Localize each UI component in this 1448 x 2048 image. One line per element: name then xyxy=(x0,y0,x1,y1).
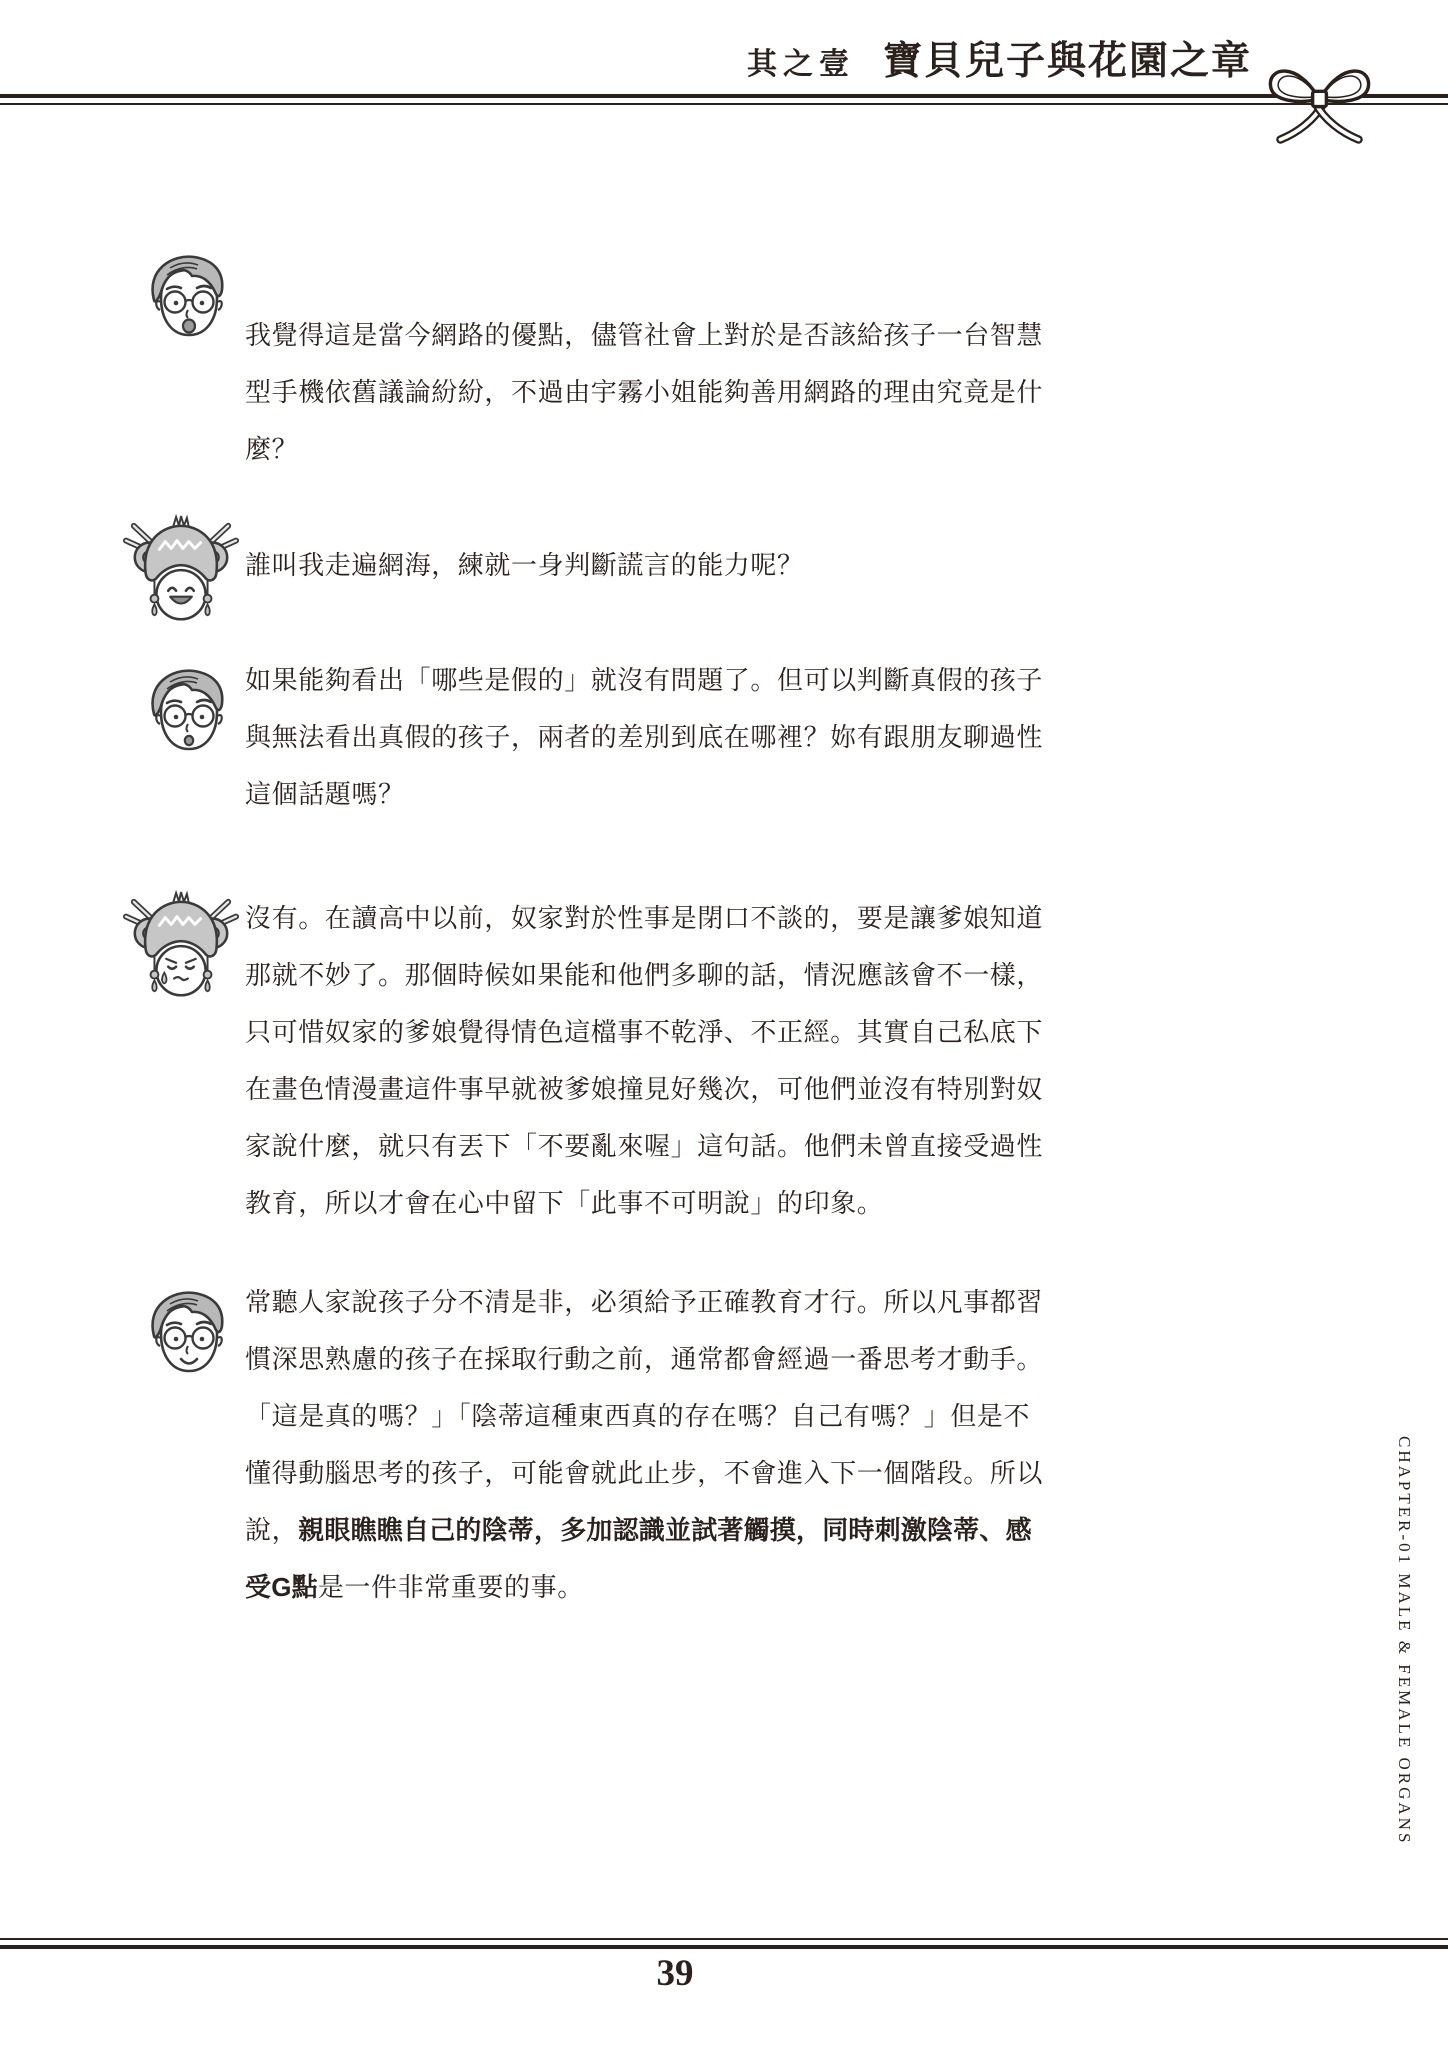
body-text: 「這是真的嗎？」「陰蒂這種東西真的存在嗎？自己有嗎？」但是不 xyxy=(245,1402,1030,1431)
body-text: 常聽人家說孩子分不清是非，必須給予正確教育才行。所以凡事都習 xyxy=(245,1288,1043,1317)
dialogue-line: 型手機依舊議論紛紛，不過由宇霧小姐能夠善用網路的理由究竟是什 xyxy=(245,364,1050,421)
body-text: 在畫色情漫畫這件事早就被爹娘撞見好幾次，可他們並沒有特別對奴 xyxy=(245,1075,1043,1104)
chapter-side-vertical-text: CHAPTER-01 MALE & FEMALE ORGANS xyxy=(1394,1436,1414,1845)
chapter-number-label: 其之壹 xyxy=(747,39,855,83)
dialogue-line: 教育，所以才會在心中留下「此事不可明說」的印象。 xyxy=(245,1175,1050,1232)
courtesan-happy-avatar-icon xyxy=(122,514,240,638)
body-text: 沒有。在讀高中以前，奴家對於性事是閉口不談的，要是讓爹娘知道 xyxy=(245,904,1043,933)
book-page: 其之壹 寶貝兒子與花園之章 CHAPTER-01 MALE & FEMALE O… xyxy=(0,0,1448,2048)
dialogue-line: 在畫色情漫畫這件事早就被爹娘撞見好幾次，可他們並沒有特別對奴 xyxy=(245,1061,1050,1118)
body-text: 型手機依舊議論紛紛，不過由宇霧小姐能夠善用網路的理由究竟是什 xyxy=(245,378,1043,407)
dialogue-line: 說，親眼瞧瞧自己的陰蒂，多加認識並試著觸摸，同時刺激陰蒂、感 xyxy=(245,1502,1050,1559)
footer-divider xyxy=(0,1938,1448,1949)
body-text: 與無法看出真假的孩子，兩者的差別到底在哪裡？妳有跟朋友聊過性 xyxy=(245,723,1043,752)
header-divider xyxy=(0,94,1448,105)
grandpa-smiling-avatar-icon xyxy=(140,1284,240,1384)
dialogue-line: 誰叫我走遍網海，練就一身判斷謊言的能力呢？ xyxy=(245,537,1050,594)
dialogue-paragraph-grandpa: 如果能夠看出「哪些是假的」就沒有問題了。但可以判斷真假的孩子與無法看出真假的孩子… xyxy=(245,652,1050,823)
emphasized-text: 親眼瞧瞧自己的陰蒂，多加認識並試著觸摸，同時刺激陰蒂、感 xyxy=(298,1515,1032,1545)
dialogue-line: 與無法看出真假的孩子，兩者的差別到底在哪裡？妳有跟朋友聊過性 xyxy=(245,709,1050,766)
dialogue-line: 那就不妙了。那個時候如果能和他們多聊的話，情況應該會不一樣， xyxy=(245,947,1050,1004)
grandpa-talking-avatar-icon xyxy=(140,248,240,348)
body-text: 如果能夠看出「哪些是假的」就沒有問題了。但可以判斷真假的孩子 xyxy=(245,666,1043,695)
body-text: 懂得動腦思考的孩子，可能會就此止步，不會進入下一個階段。所以 xyxy=(245,1459,1043,1488)
dialogue-line: 慣深思熟慮的孩子在採取行動之前，通常都會經過一番思考才動手。 xyxy=(245,1331,1050,1388)
body-text: 只可惜奴家的爹娘覺得情色這檔事不乾淨、不正經。其實自己私底下 xyxy=(245,1018,1043,1047)
dialogue-line: 我覺得這是當今網路的優點，儘管社會上對於是否該給孩子一台智慧 xyxy=(245,307,1050,364)
dialogue-line: 這個話題嗎？ xyxy=(245,766,1050,823)
body-text: 家說什麼，就只有丟下「不要亂來喔」這句話。他們未曾直接受過性 xyxy=(245,1132,1043,1161)
body-text: 我覺得這是當今網路的優點，儘管社會上對於是否該給孩子一台智慧 xyxy=(245,321,1043,350)
courtesan-sad-avatar-icon xyxy=(122,890,240,1014)
ribbon-bow-icon xyxy=(1262,50,1377,151)
dialogue-line: 常聽人家說孩子分不清是非，必須給予正確教育才行。所以凡事都習 xyxy=(245,1274,1050,1331)
dialogue-line: 沒有。在讀高中以前，奴家對於性事是閉口不談的，要是讓爹娘知道 xyxy=(245,890,1050,947)
body-text: 麼？ xyxy=(245,435,298,464)
chapter-header: 其之壹 寶貝兒子與花園之章 xyxy=(0,30,1252,86)
body-text: 這個話題嗎？ xyxy=(245,780,405,809)
body-text: 誰叫我走遍網海，練就一身判斷謊言的能力呢？ xyxy=(245,551,804,580)
dialogue-paragraph-courtesan: 誰叫我走遍網海，練就一身判斷謊言的能力呢？ xyxy=(245,537,1050,594)
dialogue-paragraph-grandpa: 我覺得這是當今網路的優點，儘管社會上對於是否該給孩子一台智慧型手機依舊議論紛紛，… xyxy=(245,307,1050,478)
body-text: 說， xyxy=(245,1516,298,1545)
dialogue-line: 懂得動腦思考的孩子，可能會就此止步，不會進入下一個階段。所以 xyxy=(245,1445,1050,1502)
grandpa-neutral-avatar-icon xyxy=(140,662,240,762)
dialogue-line: 「這是真的嗎？」「陰蒂這種東西真的存在嗎？自己有嗎？」但是不 xyxy=(245,1388,1050,1445)
page-number: 39 xyxy=(0,1952,1350,1995)
emphasized-text: 受G點 xyxy=(245,1572,318,1602)
dialogue-paragraph-courtesan: 沒有。在讀高中以前，奴家對於性事是閉口不談的，要是讓爹娘知道那就不妙了。那個時候… xyxy=(245,890,1050,1232)
dialogue-line: 麼？ xyxy=(245,421,1050,478)
body-text: 那就不妙了。那個時候如果能和他們多聊的話，情況應該會不一樣， xyxy=(245,961,1043,990)
dialogue-line: 家說什麼，就只有丟下「不要亂來喔」這句話。他們未曾直接受過性 xyxy=(245,1118,1050,1175)
dialogue-line: 受G點是一件非常重要的事。 xyxy=(245,1559,1050,1616)
dialogue-paragraph-grandpa: 常聽人家說孩子分不清是非，必須給予正確教育才行。所以凡事都習慣深思熟慮的孩子在採… xyxy=(245,1274,1050,1616)
body-text: 教育，所以才會在心中留下「此事不可明說」的印象。 xyxy=(245,1189,883,1218)
dialogue-line: 只可惜奴家的爹娘覺得情色這檔事不乾淨、不正經。其實自己私底下 xyxy=(245,1004,1050,1061)
chapter-title: 寶貝兒子與花園之章 xyxy=(883,30,1252,86)
dialogue-line: 如果能夠看出「哪些是假的」就沒有問題了。但可以判斷真假的孩子 xyxy=(245,652,1050,709)
body-text: 是一件非常重要的事。 xyxy=(318,1573,584,1602)
body-text: 慣深思熟慮的孩子在採取行動之前，通常都會經過一番思考才動手。 xyxy=(245,1345,1043,1374)
